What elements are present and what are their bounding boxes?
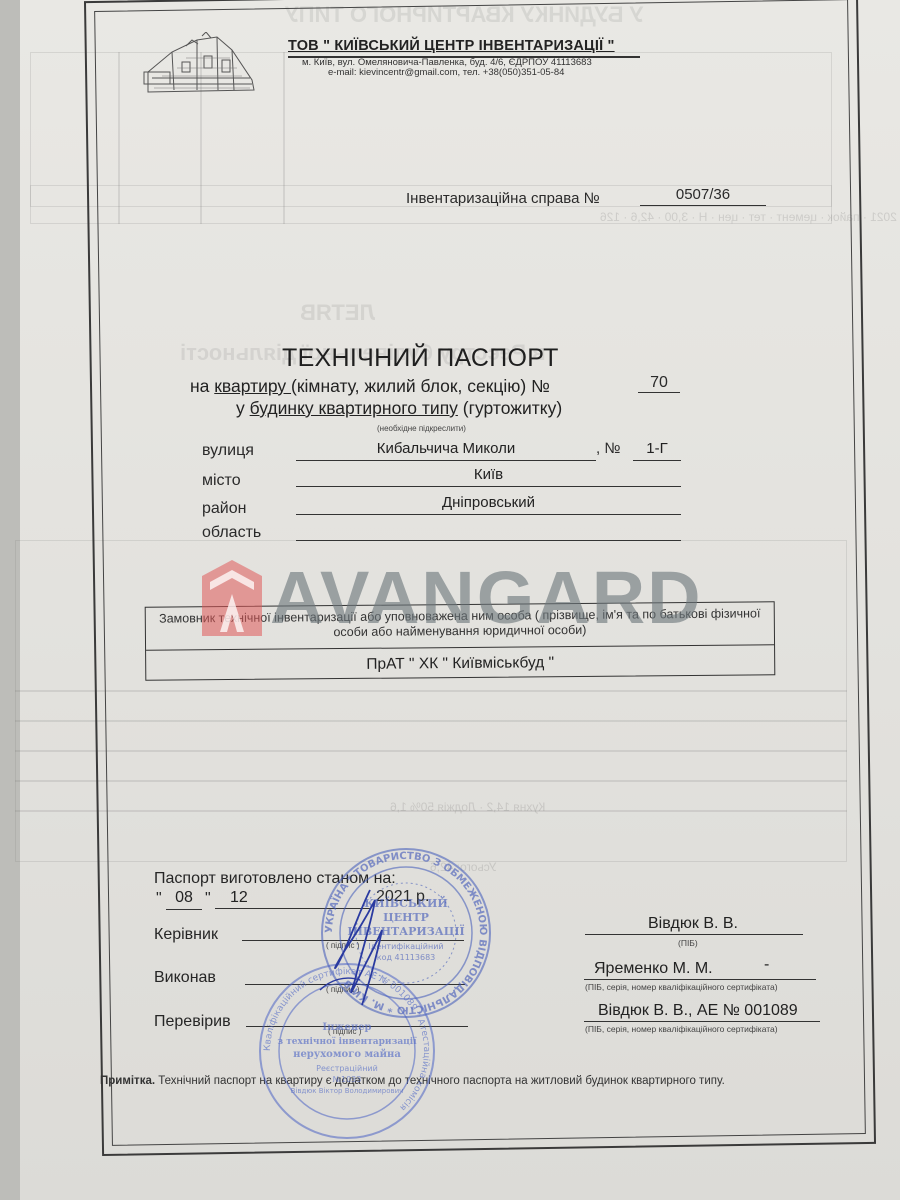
watermark-text: AVANGARD: [270, 558, 703, 638]
engineer-seal-line-4: Реєстраційний: [316, 1064, 378, 1073]
signature-role-checker: Перевірив: [154, 1013, 231, 1031]
subtitle-underlined: квартиру: [214, 376, 291, 396]
subtitle-prefix: на: [190, 376, 214, 396]
engineer-seal-line-6: Вівдюк Віктор Володимирович: [291, 1087, 404, 1095]
inventory-case-number: 0507/36: [640, 186, 766, 206]
subtitle2-prefix: у: [236, 398, 250, 418]
organization-contacts: e-mail: kievincentr@gmail.com, тел. +38(…: [328, 67, 564, 78]
district-value: Дніпровський: [296, 494, 681, 515]
underline-note: (необхідне підкреслити): [377, 424, 466, 433]
subtitle-line-1: на квартиру (кімнату, жилий блок, секцію…: [190, 376, 550, 397]
subtitle-rest: (кімнату, жилий блок, секцію) №: [291, 376, 550, 396]
quote-open: ": [156, 890, 162, 908]
district-label: район: [202, 500, 246, 518]
engineer-seal-line-5: №1033: [333, 1075, 362, 1084]
subtitle2-rest: (гуртожитку): [458, 398, 562, 418]
signature-role-head: Керівник: [154, 926, 218, 944]
name-caption-performer: (ПІБ, серія, номер кваліфікаційного серт…: [585, 982, 778, 992]
engineer-seal-line-3: нерухомого майна: [293, 1049, 401, 1060]
document-title: ТЕХНІЧНИЙ ПАСПОРТ: [282, 344, 559, 373]
signature-role-performer: Виконав: [154, 969, 216, 987]
house-sketch-icon: [142, 32, 260, 98]
street-label: вулиця: [202, 442, 254, 460]
city-label: місто: [202, 472, 241, 490]
footnote-text: Технічний паспорт на квартиру є додатком…: [155, 1075, 725, 1087]
quote-close: ": [205, 890, 211, 908]
name-caption-checker: (ПІБ, серія, номер кваліфікаційного серт…: [585, 1024, 778, 1034]
apartment-number: 70: [638, 374, 680, 393]
name-caption-head: (ПІБ): [678, 938, 698, 948]
handwritten-signature-icon: [300, 880, 410, 1030]
engineer-seal-line-2: з технічної інвентаризації: [277, 1036, 417, 1047]
customer-value: ПрАТ " ХК " Київміськбуд ": [146, 645, 774, 681]
inventory-case-label: Інвентаризаційна справа №: [406, 190, 600, 207]
organization-name: ТОВ " КИЇВСЬКИЙ ЦЕНТР ІНВЕНТАРИЗАЦІЇ ": [288, 38, 615, 54]
prepared-day: 08: [166, 889, 202, 910]
footnote-label: Примітка.: [100, 1075, 155, 1087]
street-value: Кибальчича Миколи: [296, 440, 596, 461]
name-performer-suffix: -: [764, 956, 769, 974]
subtitle2-underlined: будинку квартирного типу: [250, 398, 458, 418]
name-checker: Вівдюк В. В., АЕ № 001089: [584, 1002, 820, 1022]
name-performer: Яременко М. М.-: [584, 960, 816, 980]
name-head: Вівдюк В. В.: [585, 915, 803, 935]
watermark-logo-icon: [200, 558, 264, 638]
name-performer-text: Яременко М. М.: [594, 960, 713, 977]
region-label: область: [202, 524, 261, 542]
city-value: Київ: [296, 466, 681, 487]
house-number-label: , №: [596, 440, 620, 457]
subtitle-line-2: у будинку квартирного типу (гуртожитку): [236, 398, 562, 419]
region-value: [296, 520, 681, 541]
house-number-value: 1-Г: [633, 440, 681, 461]
